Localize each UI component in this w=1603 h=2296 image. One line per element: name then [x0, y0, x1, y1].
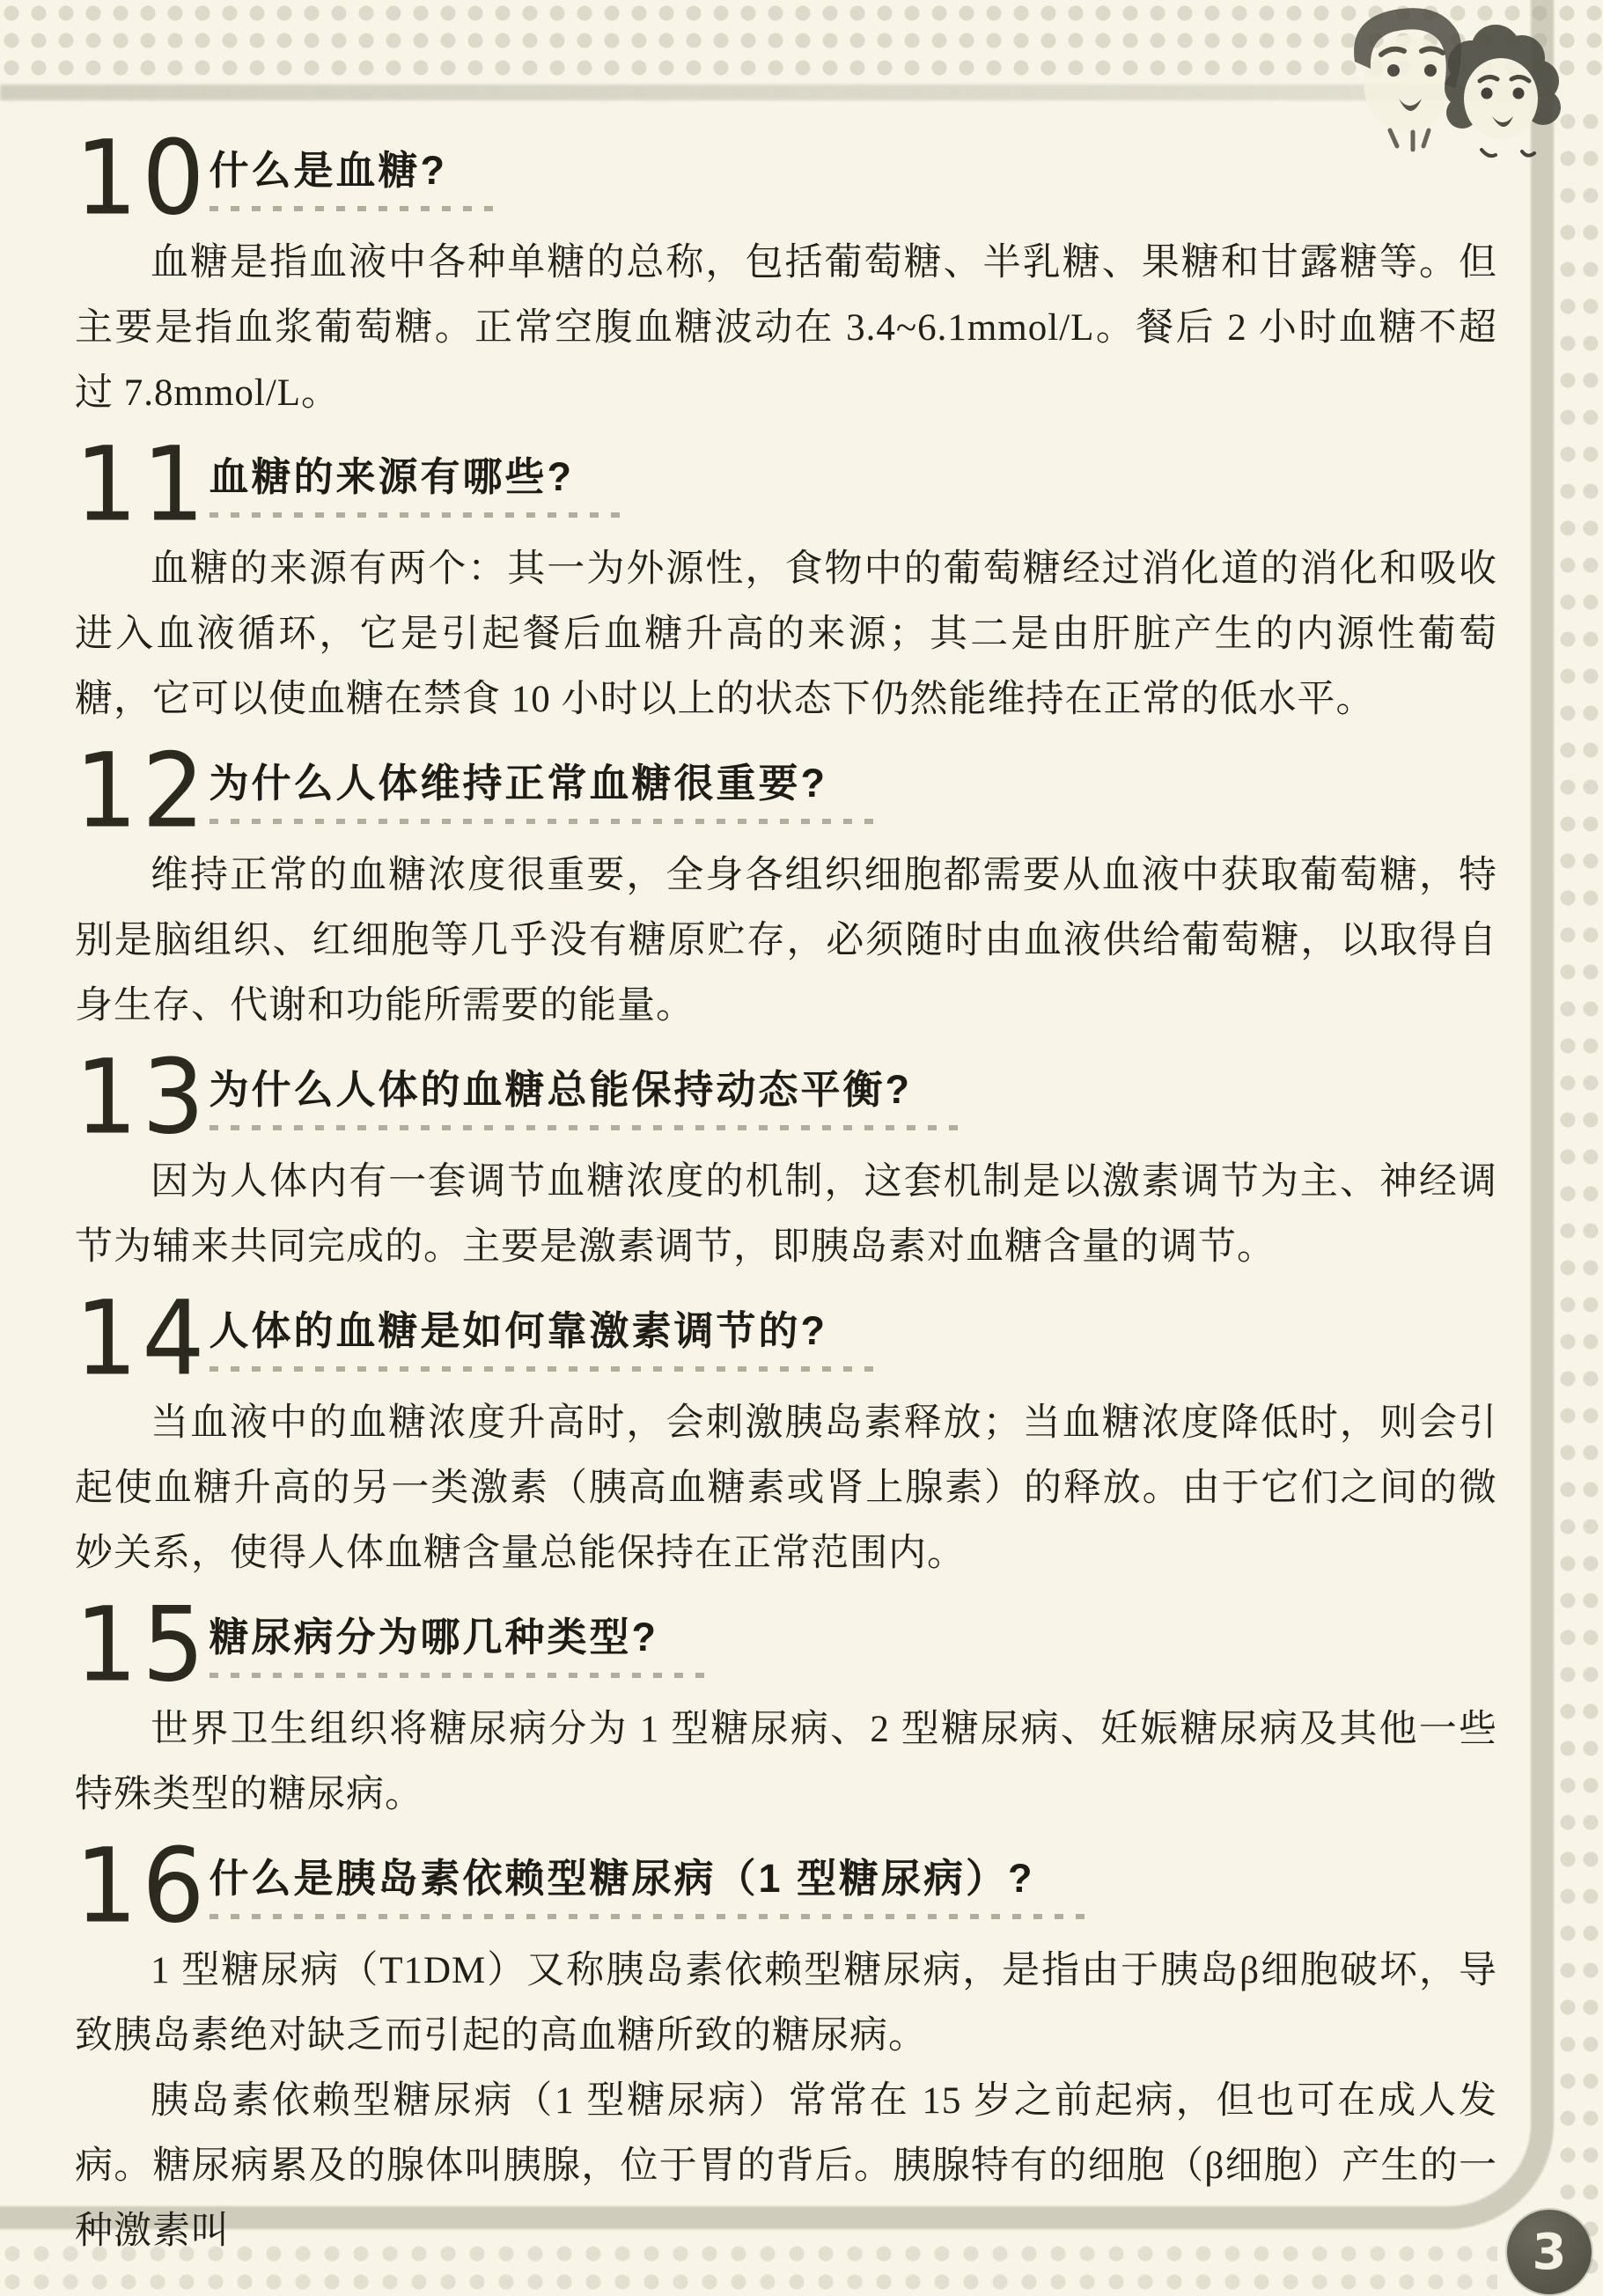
- answer-paragraph: 1 型糖尿病（T1DM）又称胰岛素依赖型糖尿病，是指由于胰岛β细胞破坏，导致胰岛…: [75, 1939, 1497, 2069]
- answer-paragraph: 世界卫生组织将糖尿病分为 1 型糖尿病、2 型糖尿病、妊娠糖尿病及其他一些特殊类…: [75, 1697, 1497, 1828]
- page-content: 10 什么是血糖? 血糖是指血液中各种单糖的总称，包括葡萄糖、半乳糖、果糖和甘露…: [0, 0, 1603, 2264]
- question-title: 糖尿病分为哪几种类型?: [210, 1615, 659, 1659]
- question-number: 15: [75, 1597, 210, 1694]
- answer-paragraph: 维持正常的血糖浓度很重要，全身各组织细胞都需要从血液中获取葡萄糖，特别是脑组织、…: [75, 843, 1497, 1039]
- question-title: 为什么人体维持正常血糖很重要?: [210, 761, 828, 806]
- question-title-block: 为什么人体的血糖总能保持动态平衡?: [210, 1051, 913, 1130]
- scanned-book-page: 10 什么是血糖? 血糖是指血液中各种单糖的总称，包括葡萄糖、半乳糖、果糖和甘露…: [0, 0, 1603, 2296]
- question-number: 12: [75, 743, 210, 840]
- question-title: 什么是血糖?: [210, 148, 448, 193]
- question-header: 13 为什么人体的血糖总能保持动态平衡?: [75, 1051, 1497, 1144]
- qa-section-15: 15 糖尿病分为哪几种类型? 世界卫生组织将糖尿病分为 1 型糖尿病、2 型糖尿…: [75, 1599, 1497, 1828]
- answer-paragraph: 胰岛素依赖型糖尿病（1 型糖尿病）常常在 15 岁之前起病，但也可在成人发病。糖…: [75, 2069, 1497, 2264]
- dotted-underline: [210, 819, 878, 824]
- question-number: 14: [75, 1291, 210, 1387]
- dotted-underline: [210, 1673, 709, 1678]
- question-header: 16 什么是胰岛素依赖型糖尿病（1 型糖尿病）?: [75, 1840, 1497, 1933]
- qa-section-14: 14 人体的血糖是如何靠激素调节的? 当血液中的血糖浓度升高时，会刺激胰岛素释放…: [75, 1292, 1497, 1586]
- question-title: 为什么人体的血糖总能保持动态平衡?: [210, 1067, 913, 1112]
- qa-section-10: 10 什么是血糖? 血糖是指血液中各种单糖的总称，包括葡萄糖、半乳糖、果糖和甘露…: [75, 132, 1497, 426]
- dotted-underline: [210, 1366, 878, 1372]
- question-header: 15 糖尿病分为哪几种类型?: [75, 1599, 1497, 1692]
- answer-paragraph: 血糖是指血液中各种单糖的总称，包括葡萄糖、半乳糖、果糖和甘露糖等。但主要是指血浆…: [75, 231, 1497, 426]
- qa-section-12: 12 为什么人体维持正常血糖很重要? 维持正常的血糖浓度很重要，全身各组织细胞都…: [75, 745, 1497, 1039]
- question-title-block: 糖尿病分为哪几种类型?: [210, 1599, 659, 1678]
- question-title: 人体的血糖是如何靠激素调节的?: [210, 1308, 828, 1353]
- dotted-underline: [210, 206, 497, 211]
- question-header: 10 什么是血糖?: [75, 132, 1497, 225]
- dotted-underline: [210, 1914, 1085, 1919]
- page-number-badge: 3: [1507, 2210, 1592, 2294]
- question-title-block: 人体的血糖是如何靠激素调节的?: [210, 1292, 828, 1372]
- qa-section-11: 11 血糖的来源有哪些? 血糖的来源有两个：其一为外源性，食物中的葡萄糖经过消化…: [75, 438, 1497, 732]
- qa-section-13: 13 为什么人体的血糖总能保持动态平衡? 因为人体内有一套调节血糖浓度的机制，这…: [75, 1051, 1497, 1280]
- question-header: 12 为什么人体维持正常血糖很重要?: [75, 745, 1497, 838]
- dotted-underline: [210, 1125, 962, 1130]
- question-title: 什么是胰岛素依赖型糖尿病（1 型糖尿病）?: [210, 1856, 1035, 1901]
- question-header: 14 人体的血糖是如何靠激素调节的?: [75, 1292, 1497, 1386]
- answer-paragraph: 血糖的来源有两个：其一为外源性，食物中的葡萄糖经过消化道的消化和吸收进入血液循环…: [75, 537, 1497, 732]
- question-number: 13: [75, 1049, 210, 1146]
- question-title-block: 血糖的来源有哪些?: [210, 438, 575, 518]
- question-number: 11: [75, 437, 210, 534]
- question-number: 16: [75, 1838, 210, 1935]
- question-header: 11 血糖的来源有哪些?: [75, 438, 1497, 532]
- question-title-block: 为什么人体维持正常血糖很重要?: [210, 745, 828, 824]
- answer-paragraph: 当血液中的血糖浓度升高时，会刺激胰岛素释放；当血糖浓度降低时，则会引起使血糖升高…: [75, 1391, 1497, 1586]
- answer-paragraph: 因为人体内有一套调节血糖浓度的机制，这套机制是以激素调节为主、神经调节为辅来共同…: [75, 1150, 1497, 1280]
- dotted-underline: [210, 512, 624, 518]
- question-number: 10: [75, 130, 210, 227]
- qa-section-16: 16 什么是胰岛素依赖型糖尿病（1 型糖尿病）? 1 型糖尿病（T1DM）又称胰…: [75, 1840, 1497, 2264]
- question-title: 血糖的来源有哪些?: [210, 454, 575, 499]
- page-number: 3: [1533, 2224, 1567, 2281]
- question-title-block: 什么是血糖?: [210, 132, 448, 211]
- question-title-block: 什么是胰岛素依赖型糖尿病（1 型糖尿病）?: [210, 1840, 1035, 1919]
